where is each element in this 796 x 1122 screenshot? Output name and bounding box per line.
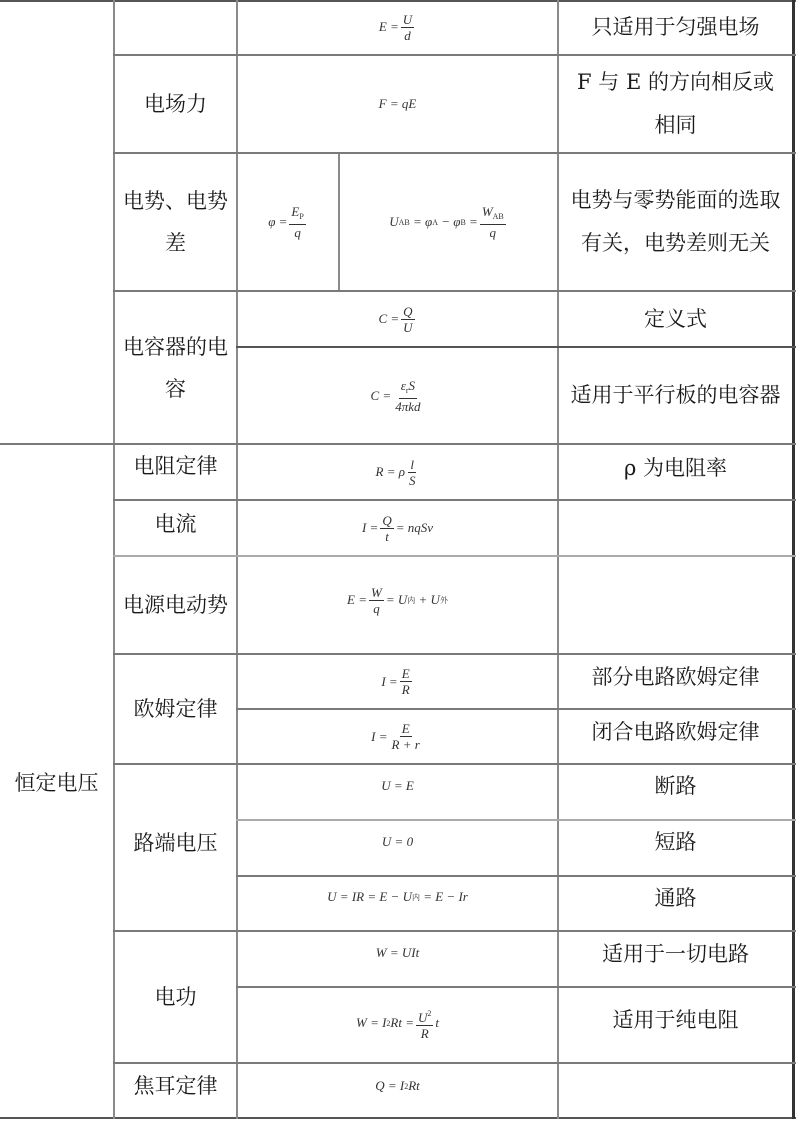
note-cell [559, 557, 792, 653]
fraction: ER + r [390, 721, 422, 752]
note-cell: 部分电路欧姆定律 [559, 655, 792, 699]
formula-short-circuit: U = 0 [238, 821, 557, 863]
formula-closed-circuit: U = IR = E − U内 = E − Ir [238, 877, 557, 917]
topic-capacitance: 电容器的电容 [115, 292, 236, 443]
fraction: ER [400, 666, 412, 697]
formula-field-strength: E = Ud [238, 0, 557, 54]
formula-open-circuit: U = E [238, 765, 557, 807]
topic-resistance-law: 电阻定律 [115, 445, 236, 493]
formula-capacitance-definition: C = QU [238, 292, 557, 346]
topic-terminal-voltage: 路端电压 [115, 765, 236, 920]
note-cell: 只适用于匀强电场 [559, 0, 792, 54]
fraction: εrS4πkd [393, 378, 422, 414]
note-cell: 短路 [559, 821, 792, 863]
note-cell: F 与 E 的方向相反或相同 [559, 56, 792, 152]
formula-potential-difference: UAB = φA − φB = WABq [340, 154, 557, 290]
topic-joule-law: 焦耳定律 [115, 1064, 236, 1108]
formula-ohm-closed: I = ER + r [238, 710, 557, 763]
note-cell: 适用于平行板的电容器 [559, 348, 792, 443]
topic-electric-work: 电功 [115, 932, 236, 1062]
formula-parallel-plate: C = εrS4πkd [238, 348, 557, 443]
formula-resistance: R = ρ lS [238, 445, 557, 499]
note-cell: 通路 [559, 877, 792, 919]
fraction: Wq [369, 585, 384, 616]
table-bottom-border [0, 1117, 796, 1119]
formula-electric-force: F = qE [238, 56, 557, 152]
right-border [792, 0, 795, 1119]
fraction: lS [407, 457, 418, 488]
note-cell: 适用于一切电路 [559, 932, 792, 976]
formula-work-general: W = UIt [238, 932, 557, 974]
note-cell: 断路 [559, 765, 792, 807]
note-cell: 电势与零势能面的选取有关，电势差则无关 [559, 154, 792, 290]
formula-current: I = Qt = nqSv [238, 501, 557, 555]
group-label-constant-voltage: 恒定电压 [0, 445, 113, 1118]
formula-emf: E = Wq = U内 + U外 [238, 557, 557, 643]
fraction: Qt [380, 513, 393, 544]
topic-potential: 电势、电势差 [115, 154, 236, 290]
note-cell: 闭合电路欧姆定律 [559, 710, 792, 754]
formula-joule: Q = I2Rt [238, 1064, 557, 1108]
topic-ohms-law: 欧姆定律 [115, 655, 236, 763]
note-cell: ρ 为电阻率 [559, 445, 792, 491]
fraction: U2R [416, 1006, 433, 1041]
formula-potential: φ = EPq [238, 154, 338, 290]
formula-work-resistive: W = I2Rt = U2Rt [238, 988, 557, 1058]
fraction: WABq [480, 204, 506, 240]
fraction: EPq [289, 204, 305, 240]
note-cell: 定义式 [559, 292, 792, 346]
formula-ohm-partial: I = ER [238, 655, 557, 708]
topic-electric-force: 电场力 [115, 56, 236, 152]
fraction: Ud [401, 12, 414, 43]
topic-current: 电流 [115, 501, 236, 547]
note-cell [559, 1064, 792, 1117]
fraction: QU [401, 304, 414, 335]
note-cell: 适用于纯电阻 [559, 988, 792, 1052]
topic-emf: 电源电动势 [115, 557, 236, 653]
note-cell [559, 501, 792, 555]
